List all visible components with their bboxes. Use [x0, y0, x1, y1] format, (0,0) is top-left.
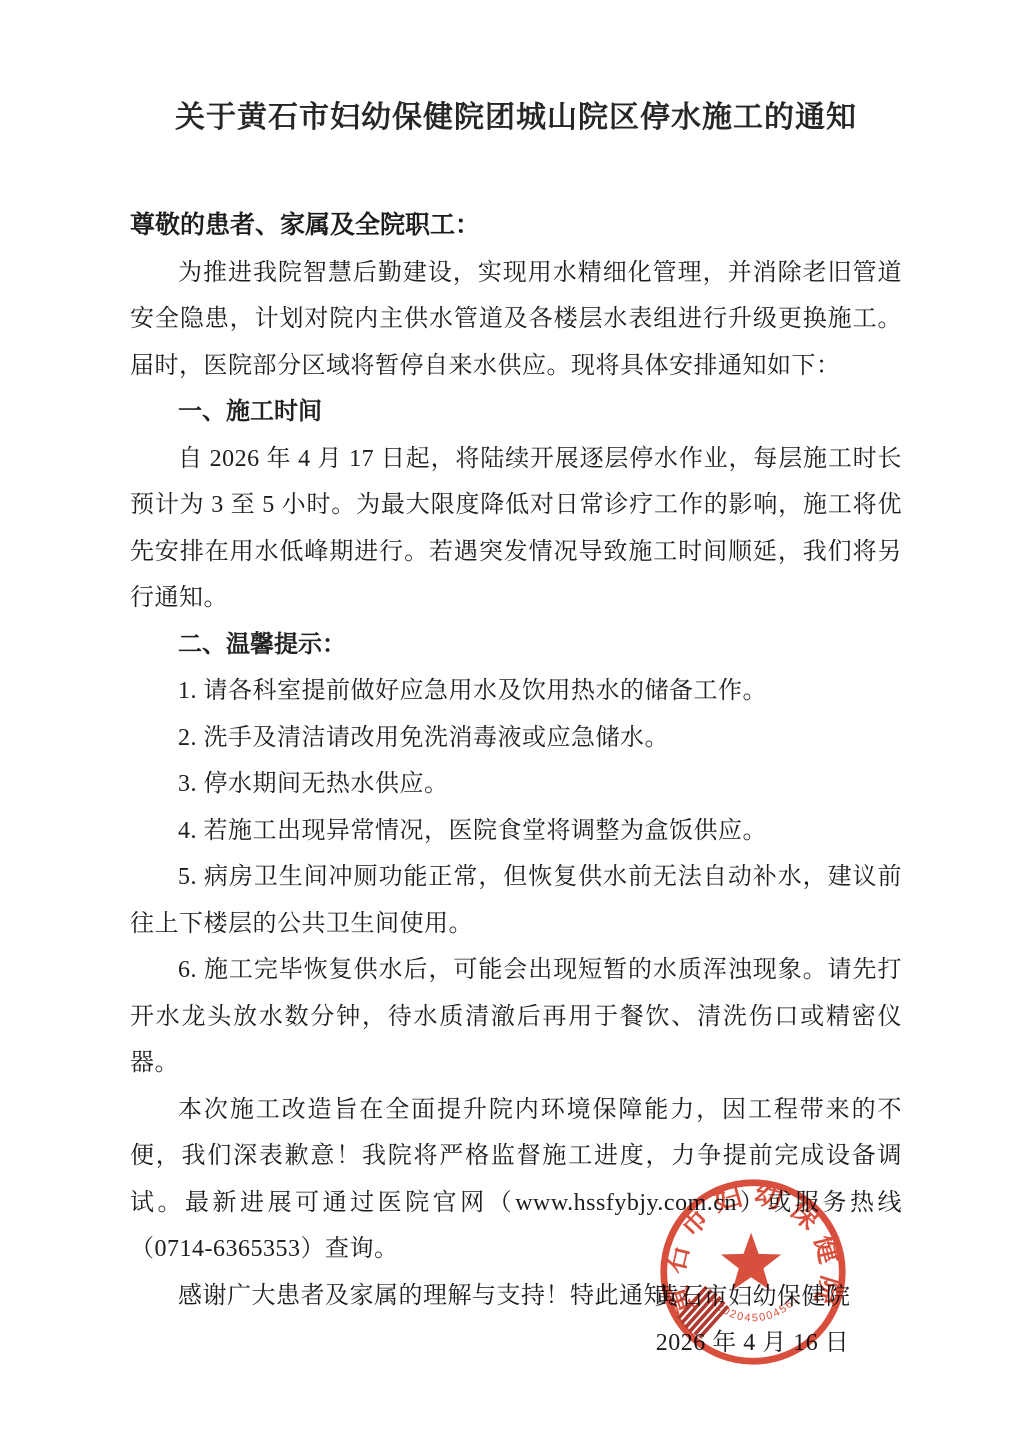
closing-paragraph: 本次施工改造旨在全面提升院内环境保障能力，因工程带来的不便，我们深表歉意！我院将…	[130, 1087, 902, 1273]
intro-paragraph: 为推进我院智慧后勤建设，实现用水精细化管理，并消除老旧管道安全隐患，计划对院内主…	[130, 250, 902, 390]
salutation: 尊敬的患者、家属及全院职工：	[130, 203, 902, 250]
tip-item-2: 2. 洗手及清洁请改用免洗消毒液或应急储水。	[130, 715, 902, 762]
tip-item-5: 5. 病房卫生间冲厕功能正常，但恢复供水前无法自动补水，建议前往上下楼层的公共卫…	[130, 854, 902, 947]
tip-item-4: 4. 若施工出现异常情况，医院食堂将调整为盒饭供应。	[130, 808, 902, 855]
construction-time-paragraph: 自 2026 年 4 月 17 日起，将陆续开展逐层停水作业，每层施工时长预计为…	[130, 436, 902, 622]
section-heading-tips: 二、温馨提示：	[130, 622, 902, 669]
page-title: 关于黄石市妇幼保健院团城山院区停水施工的通知	[130, 96, 902, 140]
notice-page: 关于黄石市妇幼保健院团城山院区停水施工的通知 尊敬的患者、家属及全院职工： 为推…	[0, 0, 1024, 1448]
notice-content: 关于黄石市妇幼保健院团城山院区停水施工的通知 尊敬的患者、家属及全院职工： 为推…	[130, 0, 902, 1319]
date: 2026 年 4 月 16 日	[565, 1320, 940, 1367]
signature: 黄石市妇幼保健院	[565, 1274, 940, 1321]
tip-item-6: 6. 施工完毕恢复供水后，可能会出现短暂的水质浑浊现象。请先打开水龙头放水数分钟…	[130, 947, 902, 1087]
tip-item-3: 3. 停水期间无热水供应。	[130, 761, 902, 808]
tip-item-1: 1. 请各科室提前做好应急用水及饮用热水的储备工作。	[130, 668, 902, 715]
section-heading-construction-time: 一、施工时间	[130, 389, 902, 436]
